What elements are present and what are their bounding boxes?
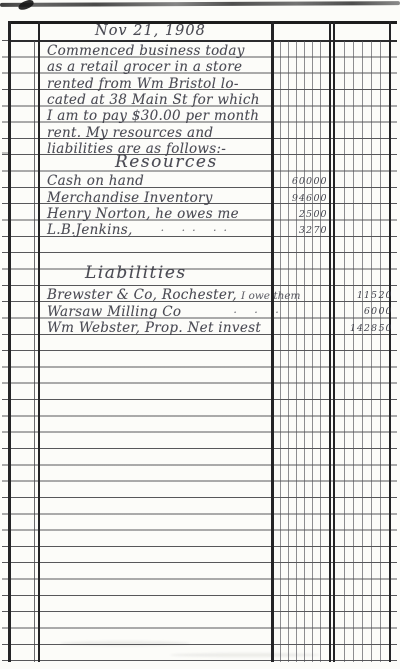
- left-border-rule: [8, 21, 11, 662]
- amount-dollars: 115: [337, 290, 378, 301]
- entry-description: Merchandise Inventory: [47, 190, 213, 206]
- amount-dollars: 60: [337, 306, 378, 317]
- amount-cents: 00: [378, 306, 393, 317]
- entry-amount-debit: 60000: [275, 176, 328, 187]
- section-heading-resources: Resources: [115, 154, 218, 171]
- ditto-marks: · ·· ··: [161, 224, 234, 237]
- section-heading-liabilities: Liabilities: [85, 265, 187, 282]
- entry-description: Henry Norton, he owes me: [47, 206, 239, 222]
- amount-cents: 70: [313, 225, 328, 236]
- narrative-line: Commenced business today: [47, 43, 245, 60]
- amount-dollars: 1428: [337, 323, 378, 334]
- amount-dollars: 946: [275, 193, 313, 204]
- entry-amount-credit: 142850: [337, 323, 393, 334]
- amount-cents: 50: [378, 323, 393, 334]
- resource-entry: L.B.Jenkins,· ·· ··: [47, 222, 234, 239]
- right-border-rule: [389, 21, 391, 662]
- amount-cents: 20: [378, 290, 393, 301]
- entry-description: Wm Webster, Prop. Net invest: [47, 320, 261, 336]
- narrative-line: cated at 38 Main St for which: [47, 92, 260, 109]
- amount-cents: 00: [313, 176, 328, 187]
- narrative-line: rent. My resources and: [47, 125, 213, 142]
- entry-amount-credit: 11520: [337, 290, 393, 301]
- credit-column-rules: [336, 41, 388, 662]
- entry-date: Nov 21, 1908: [95, 23, 206, 39]
- liability-entry: Wm Webster, Prop. Net invest: [47, 320, 261, 337]
- narrative-line: as a retail grocer in a store: [47, 59, 242, 76]
- entry-amount-credit: 6000: [337, 306, 393, 317]
- ledger-page: Nov 21, 1908 Commenced business today as…: [0, 0, 400, 669]
- amount-dollars: 32: [275, 225, 313, 236]
- entry-description: L.B.Jenkins,: [47, 222, 133, 238]
- scan-edge-artifact: [0, 1, 400, 7]
- amount-dollars: 25: [275, 209, 313, 220]
- entry-description: Brewster & Co, Rochester,: [47, 287, 237, 303]
- narrative-line: rented from Wm Bristol lo-: [47, 76, 239, 93]
- amount-cents: 00: [313, 209, 328, 220]
- entry-description: Warsaw Milling Co: [47, 304, 181, 320]
- liability-entry: Warsaw Milling Co· · ·: [47, 304, 286, 321]
- date-column-rule: [38, 21, 40, 662]
- amount-cents: 00: [313, 193, 328, 204]
- amount-dollars: 600: [275, 176, 313, 187]
- entry-amount-debit: 3270: [275, 225, 328, 236]
- resource-entry: Cash on hand: [47, 173, 144, 190]
- resource-entry: Henry Norton, he owes me: [47, 206, 239, 223]
- entry-description: Cash on hand: [47, 173, 144, 189]
- ditto-marks: · · ·: [233, 306, 285, 319]
- liability-entry: Brewster & Co, Rochester,I owe them: [47, 287, 301, 304]
- entry-amount-debit: 94600: [275, 193, 328, 204]
- amount-column-divider: [329, 21, 331, 662]
- entry-amount-debit: 2500: [275, 209, 328, 220]
- resource-entry: Merchandise Inventory: [47, 190, 213, 207]
- ink-blot: [17, 0, 35, 11]
- amount-column-divider: [333, 21, 335, 662]
- narrative-line: I am to pay $30.00 per month: [47, 108, 259, 125]
- date-column-rule: [34, 41, 35, 662]
- entry-note: I owe them: [241, 290, 301, 302]
- debit-column-rules: [273, 41, 328, 662]
